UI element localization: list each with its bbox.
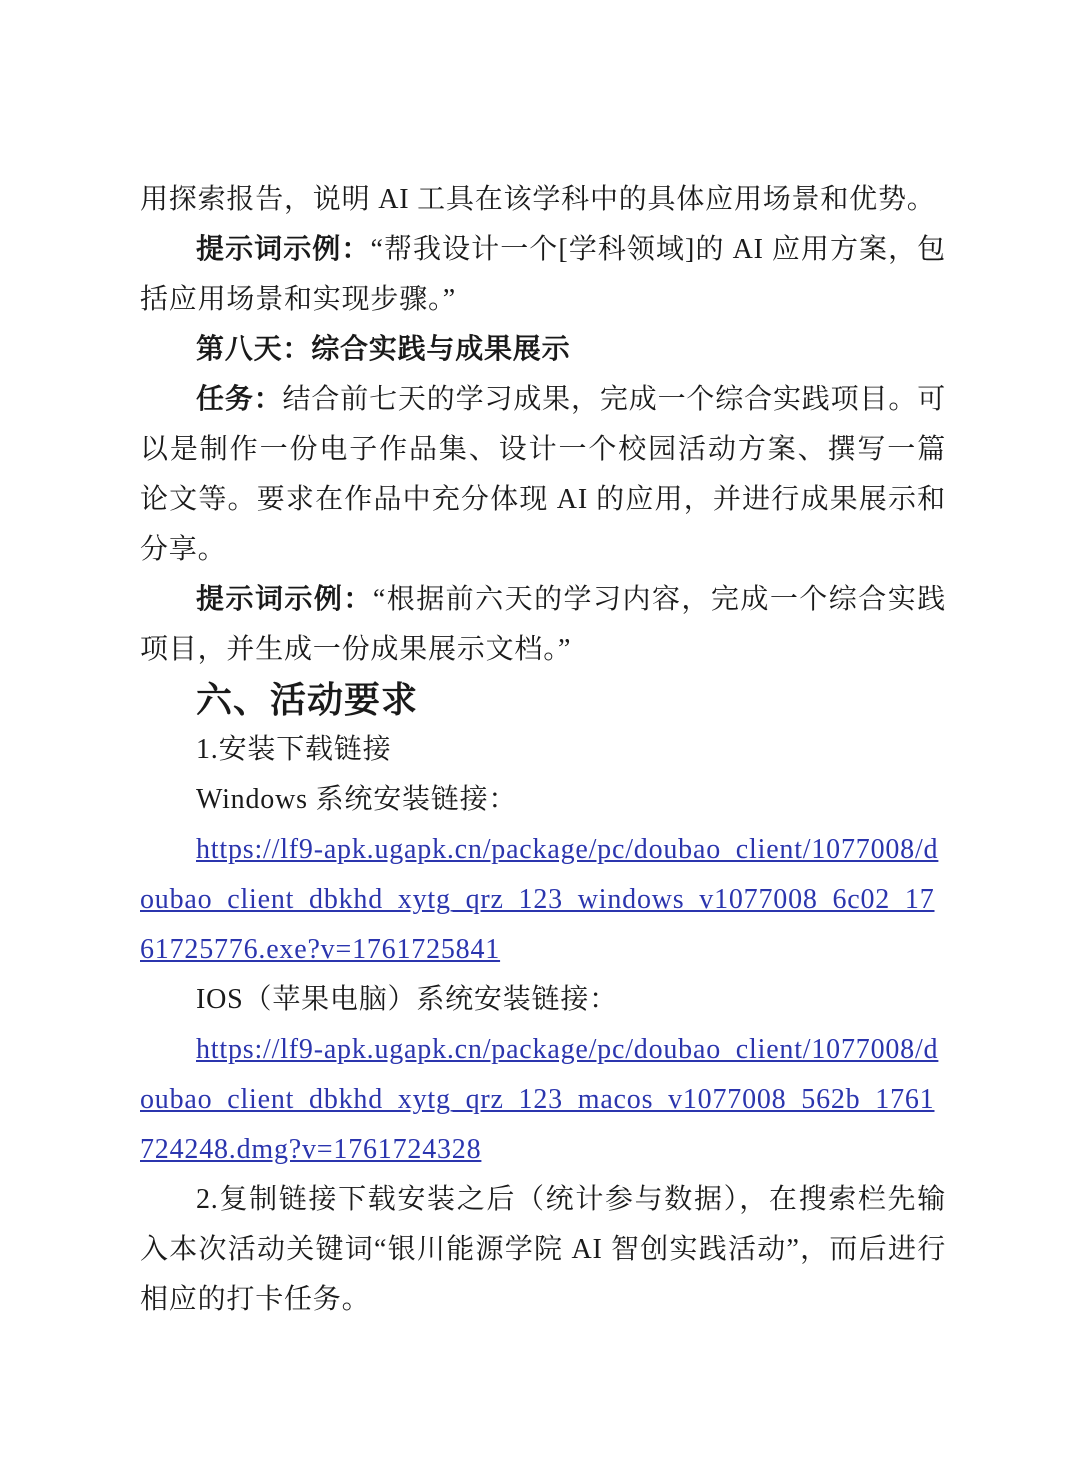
text-run: 六、活动要求 [196, 679, 418, 720]
paragraph-requirement-1: 1.安装下载链接 [140, 725, 946, 775]
heading-section-6: 六、活动要求 [140, 675, 946, 725]
paragraph-continuation: 用探索报告，说明 AI 工具在该学科中的具体应用场景和优势。 [140, 175, 946, 225]
paragraph-windows-link: https://lf9-apk.ugapk.cn/package/pc/doub… [140, 825, 946, 975]
paragraph-macos-link: https://lf9-apk.ugapk.cn/package/pc/doub… [140, 1025, 946, 1175]
document-page: 用探索报告，说明 AI 工具在该学科中的具体应用场景和优势。提示词示例：“帮我设… [0, 0, 1074, 1462]
paragraph-day8-title: 第八天：综合实践与成果展示 [140, 325, 946, 375]
bold-text-run: 提示词示例： [196, 234, 370, 265]
paragraph-requirement-2: 2.复制链接下载安装之后（统计参与数据），在搜索栏先输入本次活动关键词“银川能源… [140, 1175, 946, 1325]
bold-text-run: 提示词示例： [196, 584, 373, 615]
paragraph-windows-label: Windows 系统安装链接： [140, 775, 946, 825]
text-run: Windows 系统安装链接： [196, 784, 517, 815]
text-run: IOS（苹果电脑）系统安装链接： [196, 984, 618, 1015]
paragraph-macos-label: IOS（苹果电脑）系统安装链接： [140, 975, 946, 1025]
paragraph-prompt-example-2: 提示词示例：“根据前六天的学习内容，完成一个综合实践项目，并生成一份成果展示文档… [140, 575, 946, 675]
bold-text-run: 第八天：综合实践与成果展示 [196, 334, 570, 365]
text-run: 2.复制链接下载安装之后（统计参与数据），在搜索栏先输入本次活动关键词“银川能源… [140, 1184, 946, 1315]
document-body: 用探索报告，说明 AI 工具在该学科中的具体应用场景和优势。提示词示例：“帮我设… [140, 175, 946, 1325]
download-link[interactable]: https://lf9-apk.ugapk.cn/package/pc/doub… [140, 1034, 938, 1165]
text-run: 用探索报告，说明 AI 工具在该学科中的具体应用场景和优势。 [140, 184, 936, 215]
paragraph-day8-task: 任务：结合前七天的学习成果，完成一个综合实践项目。可以是制作一份电子作品集、设计… [140, 375, 946, 575]
download-link[interactable]: https://lf9-apk.ugapk.cn/package/pc/doub… [140, 834, 938, 965]
bold-text-run: 任务： [196, 384, 283, 415]
text-run: 1.安装下载链接 [196, 734, 391, 765]
paragraph-prompt-example-1: 提示词示例：“帮我设计一个[学科领域]的 AI 应用方案，包括应用场景和实现步骤… [140, 225, 946, 325]
